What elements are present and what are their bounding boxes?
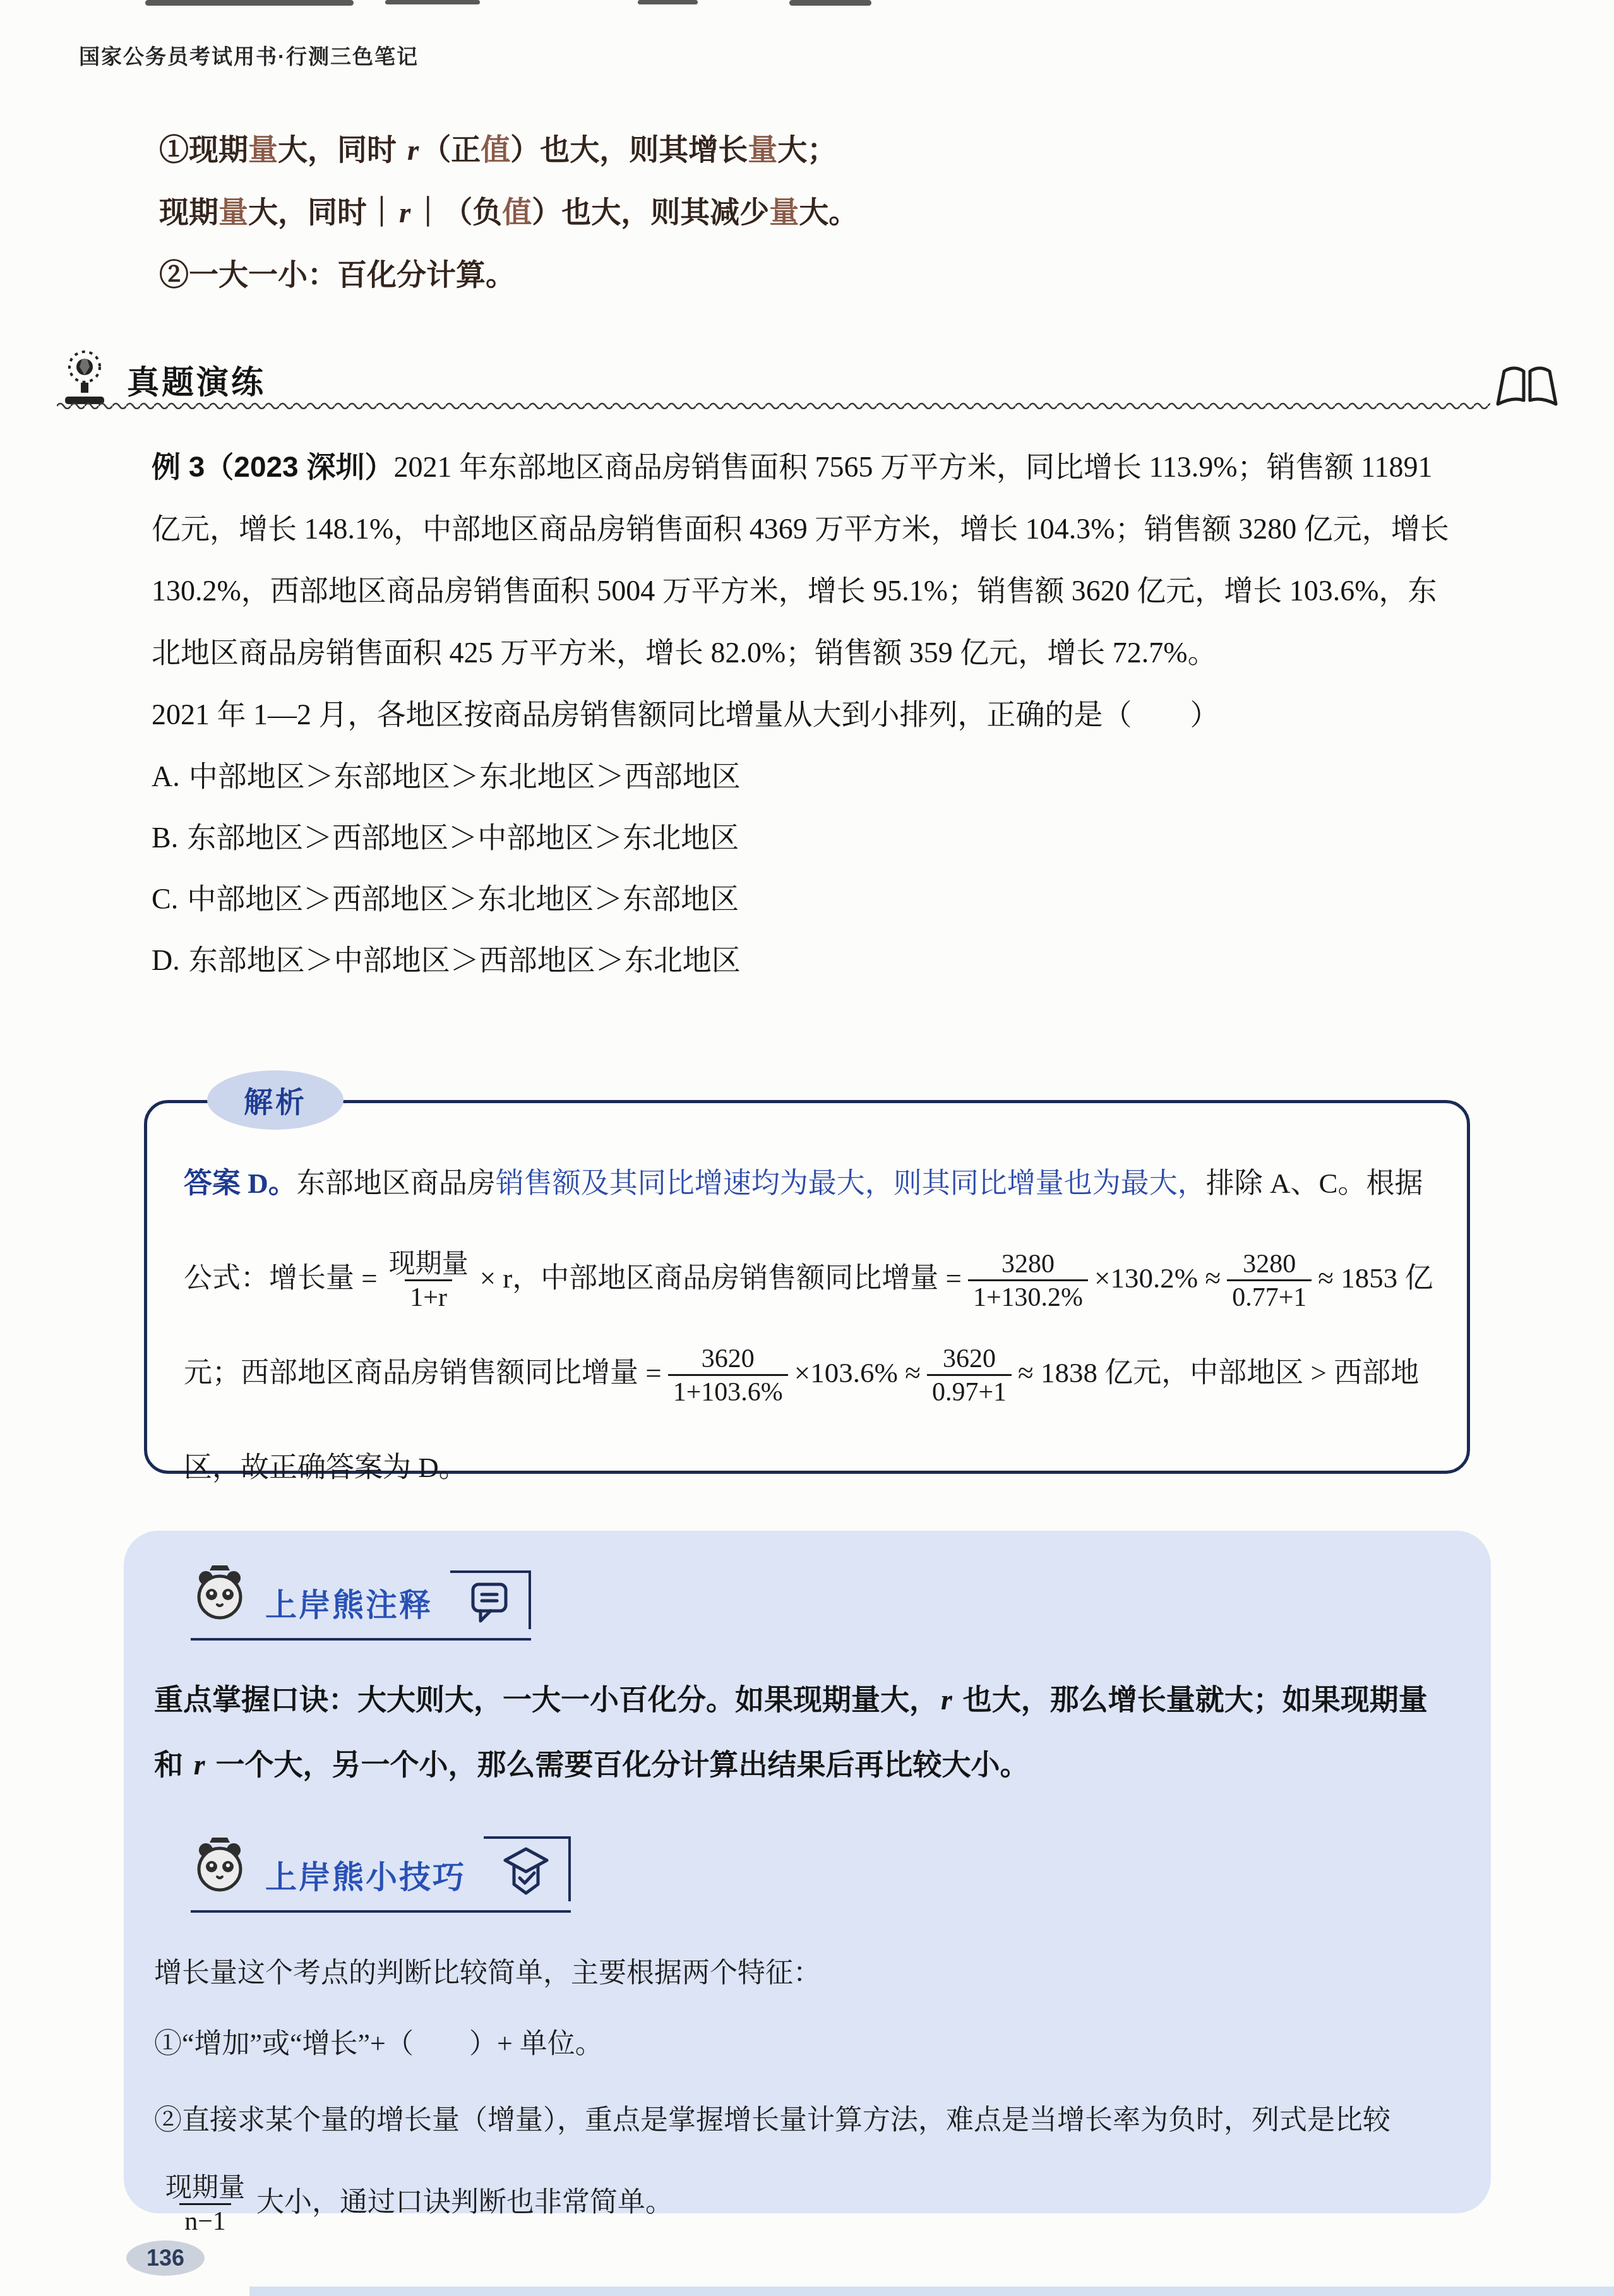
fraction-denominator: 0.97+1 xyxy=(927,1374,1012,1408)
fraction-numerator: 现期量 xyxy=(384,1249,474,1279)
fraction-denominator: 1+103.6% xyxy=(668,1374,788,1408)
book-page: 国家公务员考试用书·行测三色笔记 ①现期量大，同时 r（正值）也大，则其增长量大… xyxy=(0,0,1614,2296)
fraction-numerator: 现期量 xyxy=(160,2173,250,2203)
tip-line-1: 增长量这个考点的判断比较简单，主要根据两个特征： xyxy=(154,1938,1453,2009)
option-label: D. xyxy=(152,944,180,976)
page-header-title: 国家公务员考试用书·行测三色笔记 xyxy=(79,40,419,70)
tip-header: 上岸熊小技巧 xyxy=(191,1836,571,1913)
option-text: 中部地区＞东部地区＞东北地区＞西部地区 xyxy=(189,760,741,792)
analysis-seg: × r，中部地区商品房销售额同比增量 = xyxy=(480,1262,962,1294)
fraction: 现期量n−1 xyxy=(160,2173,250,2237)
example-question: 例 3（2023 深圳）2021 年东部地区商品房销售面积 7565 万平方米，… xyxy=(152,436,1464,991)
option-text: 东部地区＞西部地区＞中部地区＞东北地区 xyxy=(187,822,739,854)
fraction-numerator: 3620 xyxy=(938,1344,1001,1374)
highlighted-char: 值 xyxy=(502,195,532,229)
intro-point-2: ②一大一小：百化分计算。 xyxy=(159,244,1409,305)
intro-text: 大。 xyxy=(799,195,858,229)
r-variable: r xyxy=(405,134,421,167)
r-variable: r xyxy=(938,1683,955,1716)
scan-artifact xyxy=(145,0,354,6)
option-row-a: A.中部地区＞东部地区＞东北地区＞西部地区 xyxy=(152,746,1464,807)
fraction: 现期量1+r xyxy=(384,1249,474,1313)
analysis-box: 解析 答案 D。东部地区商品房销售额及其同比增速均为最大，则其同比增量也为最大，… xyxy=(144,1100,1470,1474)
note-text: 重点掌握口诀：大大则大，一大一小百化分。如果现期量大，r 也大，那么增长量就大；… xyxy=(154,1667,1453,1797)
stem-text: 2021 年东部地区商品房销售面积 7565 万平方米，同比增长 113.9%；… xyxy=(152,451,1449,669)
fraction: 36201+103.6% xyxy=(668,1344,788,1408)
note-seg: 一个大，另一个小，那么需要百化分计算出结果后再比较大小。 xyxy=(208,1748,1029,1781)
option-label: A. xyxy=(152,760,180,792)
analysis-seg: 东部地区商品房 xyxy=(297,1168,496,1199)
intro-point-1b: 现期量大，同时｜r｜（负值）也大，则其减少量大。 xyxy=(159,181,1409,244)
intro-text: ）也大，则其减少 xyxy=(532,195,769,229)
fraction-denominator: 1+130.2% xyxy=(968,1279,1088,1313)
wavy-divider xyxy=(57,400,1490,409)
fraction-denominator: 0.77+1 xyxy=(1227,1279,1312,1313)
intro-text: 大； xyxy=(777,133,837,166)
tip-line-3: ②直接求某个量的增长量（增量），重点是掌握增长量计算方法，难点是当增长率为负时，… xyxy=(154,2079,1453,2244)
question-stem: 例 3（2023 深圳）2021 年东部地区商品房销售面积 7565 万平方米，… xyxy=(152,436,1464,684)
fraction-numerator: 3280 xyxy=(1238,1249,1301,1279)
option-label: C. xyxy=(152,883,178,915)
fraction: 32800.77+1 xyxy=(1227,1249,1312,1313)
bottom-edge-strip xyxy=(249,2287,1614,2296)
intro-text: ①现期 xyxy=(159,133,248,166)
fraction-numerator: 3280 xyxy=(996,1249,1060,1279)
intro-text: ｜（负 xyxy=(413,195,502,229)
r-variable: r xyxy=(191,1749,208,1781)
highlighted-char: 量 xyxy=(248,133,278,166)
tip-seg: 大小，通过口诀判断也非常简单。 xyxy=(256,2187,673,2218)
option-row-d: D.东部地区＞中部地区＞西部地区＞东北地区 xyxy=(152,930,1464,991)
analysis-text: 答案 D。东部地区商品房销售额及其同比增速均为最大，则其同比增量也为最大，排除 … xyxy=(184,1136,1434,1515)
analysis-seg: ×130.2% ≈ xyxy=(1094,1262,1221,1294)
tip-header-title: 上岸熊小技巧 xyxy=(265,1852,466,1901)
answer-text: 答案 D。 xyxy=(184,1168,297,1199)
tip-line-2: ①“增加”或“增长”+（ ）+ 单位。 xyxy=(154,2009,1453,2079)
note-panel: 上岸熊注释 重点掌握口诀：大大则大，一大一小百化分。如果现期量大，r 也大，那么… xyxy=(124,1531,1491,2213)
option-label: B. xyxy=(152,822,178,854)
option-text: 东部地区＞中部地区＞西部地区＞东北地区 xyxy=(189,944,741,976)
page-number-badge: 136 xyxy=(126,2240,205,2276)
fraction-numerator: 3620 xyxy=(696,1344,760,1374)
speech-note-icon xyxy=(450,1570,531,1629)
intro-text: （正 xyxy=(421,133,481,166)
fraction-denominator: n−1 xyxy=(179,2203,231,2237)
tip-seg: ②直接求某个量的增长量（增量），重点是掌握增长量计算方法，难点是当增长率为负时，… xyxy=(154,2105,1390,2136)
tip-text: 增长量这个考点的判断比较简单，主要根据两个特征： ①“增加”或“增长”+（ ）+… xyxy=(154,1938,1453,2244)
bear-icon xyxy=(191,1838,249,1899)
note-header-title: 上岸熊注释 xyxy=(265,1580,433,1629)
question-prompt: 2021 年 1—2 月，各地区按商品房销售额同比增量从大到小排列，正确的是（ … xyxy=(152,684,1464,746)
option-row-b: B.东部地区＞西部地区＞中部地区＞东北地区 xyxy=(152,807,1464,868)
intro-text: 大，同时｜ xyxy=(248,195,397,229)
note-seg: 重点掌握口诀：大大则大，一大一小百化分。如果现期量大， xyxy=(154,1683,938,1716)
intro-text: 现期 xyxy=(159,195,218,229)
scan-artifact xyxy=(638,0,698,4)
fraction: 36200.97+1 xyxy=(927,1344,1012,1408)
bear-icon xyxy=(191,1565,249,1627)
intro-point-1: ①现期量大，同时 r（正值）也大，则其增长量大； xyxy=(159,119,1409,181)
highlighted-char: 量 xyxy=(769,195,799,229)
highlighted-char: 值 xyxy=(481,133,510,166)
example-label: 例 3（2023 深圳） xyxy=(152,450,393,483)
analysis-blue-seg: 销售额及其同比增速均为最大，则其同比增量也为最大， xyxy=(496,1168,1206,1199)
highlighted-char: 量 xyxy=(218,195,248,229)
section-title: 真题演练 xyxy=(127,356,266,403)
highlighted-char: 量 xyxy=(748,133,777,166)
graduation-cap-icon xyxy=(484,1836,571,1901)
option-text: 中部地区＞西部地区＞东北地区＞东部地区 xyxy=(187,883,739,915)
intro-text: ）也大，则其增长 xyxy=(510,133,748,166)
option-row-c: C.中部地区＞西部地区＞东北地区＞东部地区 xyxy=(152,868,1464,930)
fraction-denominator: 1+r xyxy=(405,1279,452,1313)
open-book-icon xyxy=(1489,361,1565,414)
r-variable: r xyxy=(397,196,413,229)
intro-text: 大，同时 xyxy=(278,133,405,166)
intro-points: ①现期量大，同时 r（正值）也大，则其增长量大； 现期量大，同时｜r｜（负值）也… xyxy=(159,119,1409,305)
analysis-seg: ×103.6% ≈ xyxy=(794,1357,921,1389)
analysis-label: 解析 xyxy=(207,1070,344,1130)
scan-artifact xyxy=(789,0,871,6)
note-header: 上岸熊注释 xyxy=(191,1565,531,1641)
fraction: 32801+130.2% xyxy=(968,1249,1088,1313)
scan-artifact xyxy=(385,0,480,4)
